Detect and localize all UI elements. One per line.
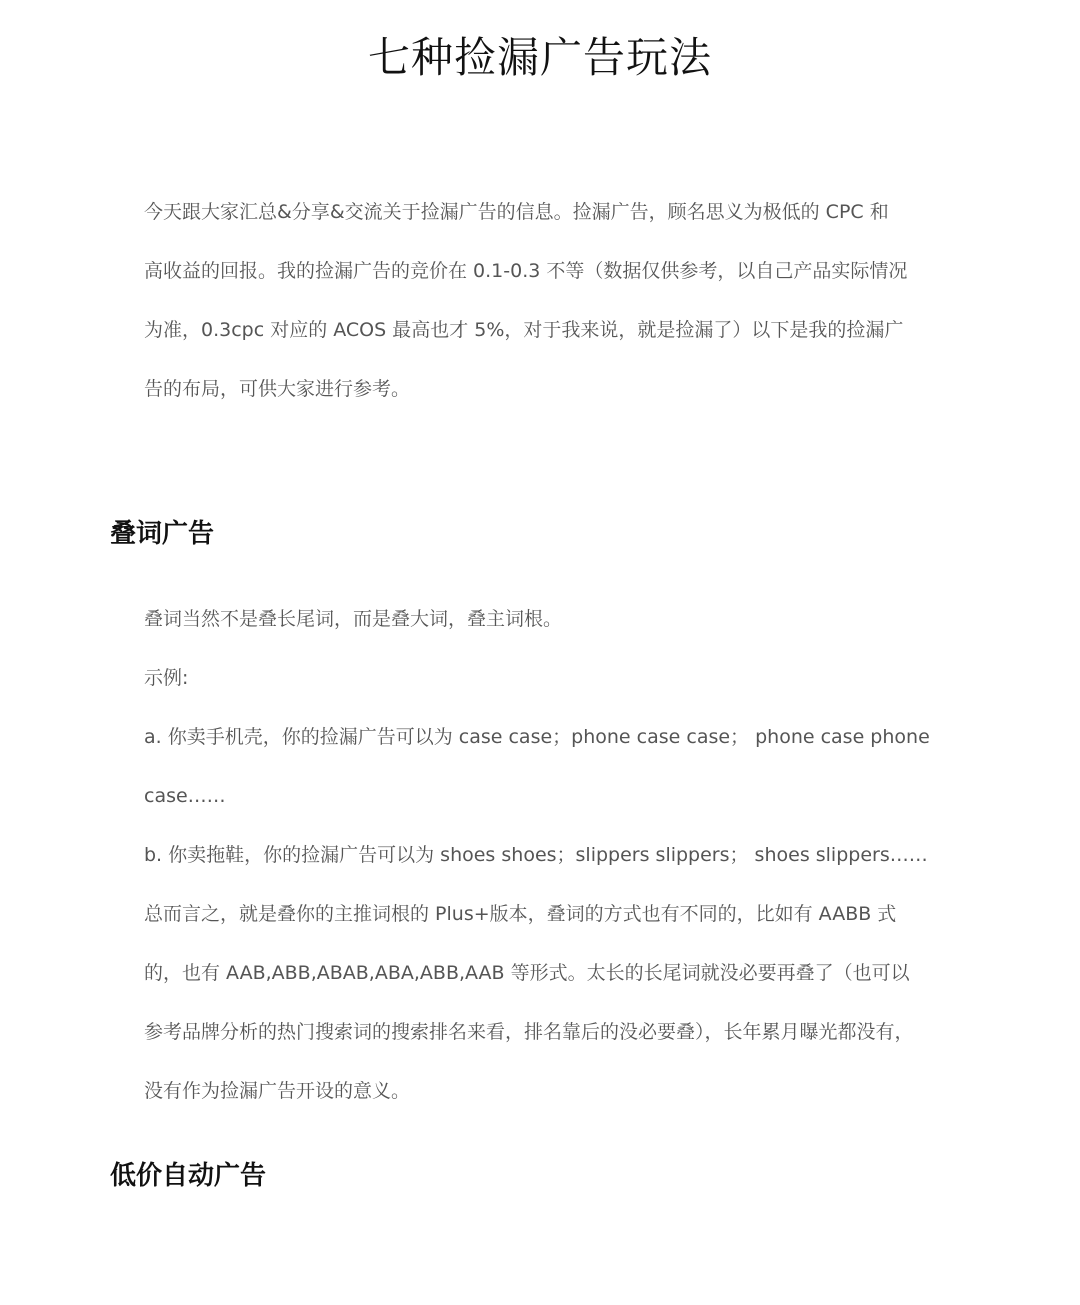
example-a-line: a. 你卖手机壳，你的捡漏广告可以为 case case；phone case … [144, 708, 934, 767]
section-body-stacked-words: 叠词当然不是叠长尾词，而是叠大词，叠主词根。 示例: a. 你卖手机壳，你的捡漏… [144, 590, 934, 1121]
body-line: 总而言之，就是叠你的主推词根的 Plus+版本，叠词的方式也有不同的，比如有 A… [144, 885, 934, 944]
section-heading-stacked-words: 叠词广告 [110, 514, 214, 554]
body-line: 示例: [144, 649, 934, 708]
body-line: 没有作为捡漏广告开设的意义。 [144, 1062, 934, 1121]
intro-paragraph: 今天跟大家汇总&分享&交流关于捡漏广告的信息。捡漏广告，顾名思义为极低的 CPC… [144, 183, 934, 419]
intro-line: 高收益的回报。我的捡漏广告的竞价在 0.1-0.3 不等（数据仅供参考，以自己产… [144, 242, 934, 301]
intro-line: 为准，0.3cpc 对应的 ACOS 最高也才 5%，对于我来说，就是捡漏了）以… [144, 301, 934, 360]
intro-line: 告的布局，可供大家进行参考。 [144, 360, 934, 419]
section-heading-low-price-auto: 低价自动广告 [110, 1156, 266, 1196]
body-line: 的，也有 AAB,ABB,ABAB,ABA,ABB,AAB 等形式。太长的长尾词… [144, 944, 934, 1003]
document-title: 七种捡漏广告玩法 [0, 28, 1080, 88]
example-a-line: case…… [144, 767, 934, 826]
intro-line: 今天跟大家汇总&分享&交流关于捡漏广告的信息。捡漏广告，顾名思义为极低的 CPC… [144, 183, 934, 242]
example-b-line: b. 你卖拖鞋，你的捡漏广告可以为 shoes shoes；slippers s… [144, 826, 934, 885]
body-line: 参考品牌分析的热门搜索词的搜索排名来看，排名靠后的没必要叠），长年累月曝光都没有… [144, 1003, 934, 1062]
body-line: 叠词当然不是叠长尾词，而是叠大词，叠主词根。 [144, 590, 934, 649]
